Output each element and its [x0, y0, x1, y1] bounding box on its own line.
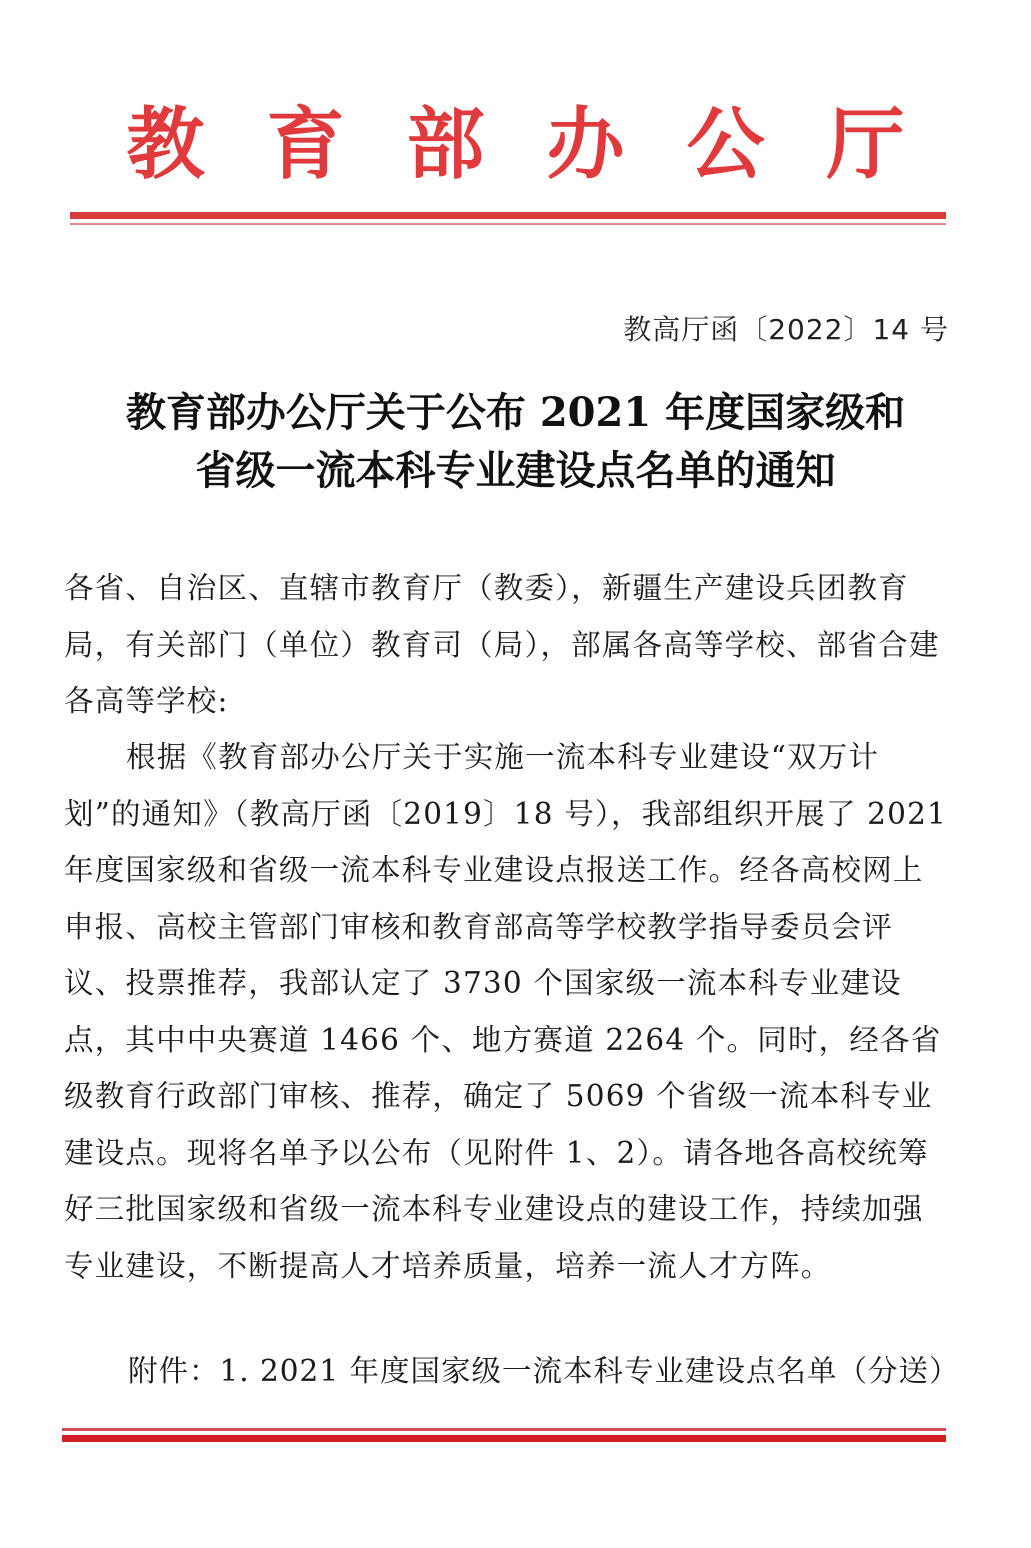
title-line-1: 教育部办公厅关于公布 2021 年度国家级和 [0, 384, 1031, 442]
footer-divider-thick [62, 1435, 946, 1442]
masthead-char: 厅 [796, 106, 936, 184]
masthead: 教 育 部 办 公 厅 [0, 95, 1031, 195]
attachment-line: 附件：1. 2021 年度国家级一流本科专业建设点名单（分送） [128, 1348, 959, 1390]
masthead-char: 部 [376, 106, 516, 184]
title-line-2: 省级一流本科专业建设点名单的通知 [0, 442, 1031, 500]
masthead-char: 公 [656, 106, 796, 184]
salutation: 各省、自治区、直辖市教育厅（教委），新疆生产建设兵团教育局，有关部门（单位）教育… [64, 560, 954, 730]
header-divider-thin [70, 223, 946, 225]
masthead-char: 育 [236, 106, 376, 184]
document-title: 教育部办公厅关于公布 2021 年度国家级和 省级一流本科专业建设点名单的通知 [0, 384, 1031, 500]
document-number: 教高厅函〔2022〕14 号 [623, 308, 949, 348]
footer-divider-thin [62, 1428, 946, 1431]
body-paragraph: 根据《教育部办公厅关于实施一流本科专业建设“双万计划”的通知》（教高厅函〔201… [64, 729, 954, 1294]
header-divider-thick [70, 212, 946, 219]
masthead-char: 教 [96, 106, 236, 184]
masthead-char: 办 [516, 106, 656, 184]
